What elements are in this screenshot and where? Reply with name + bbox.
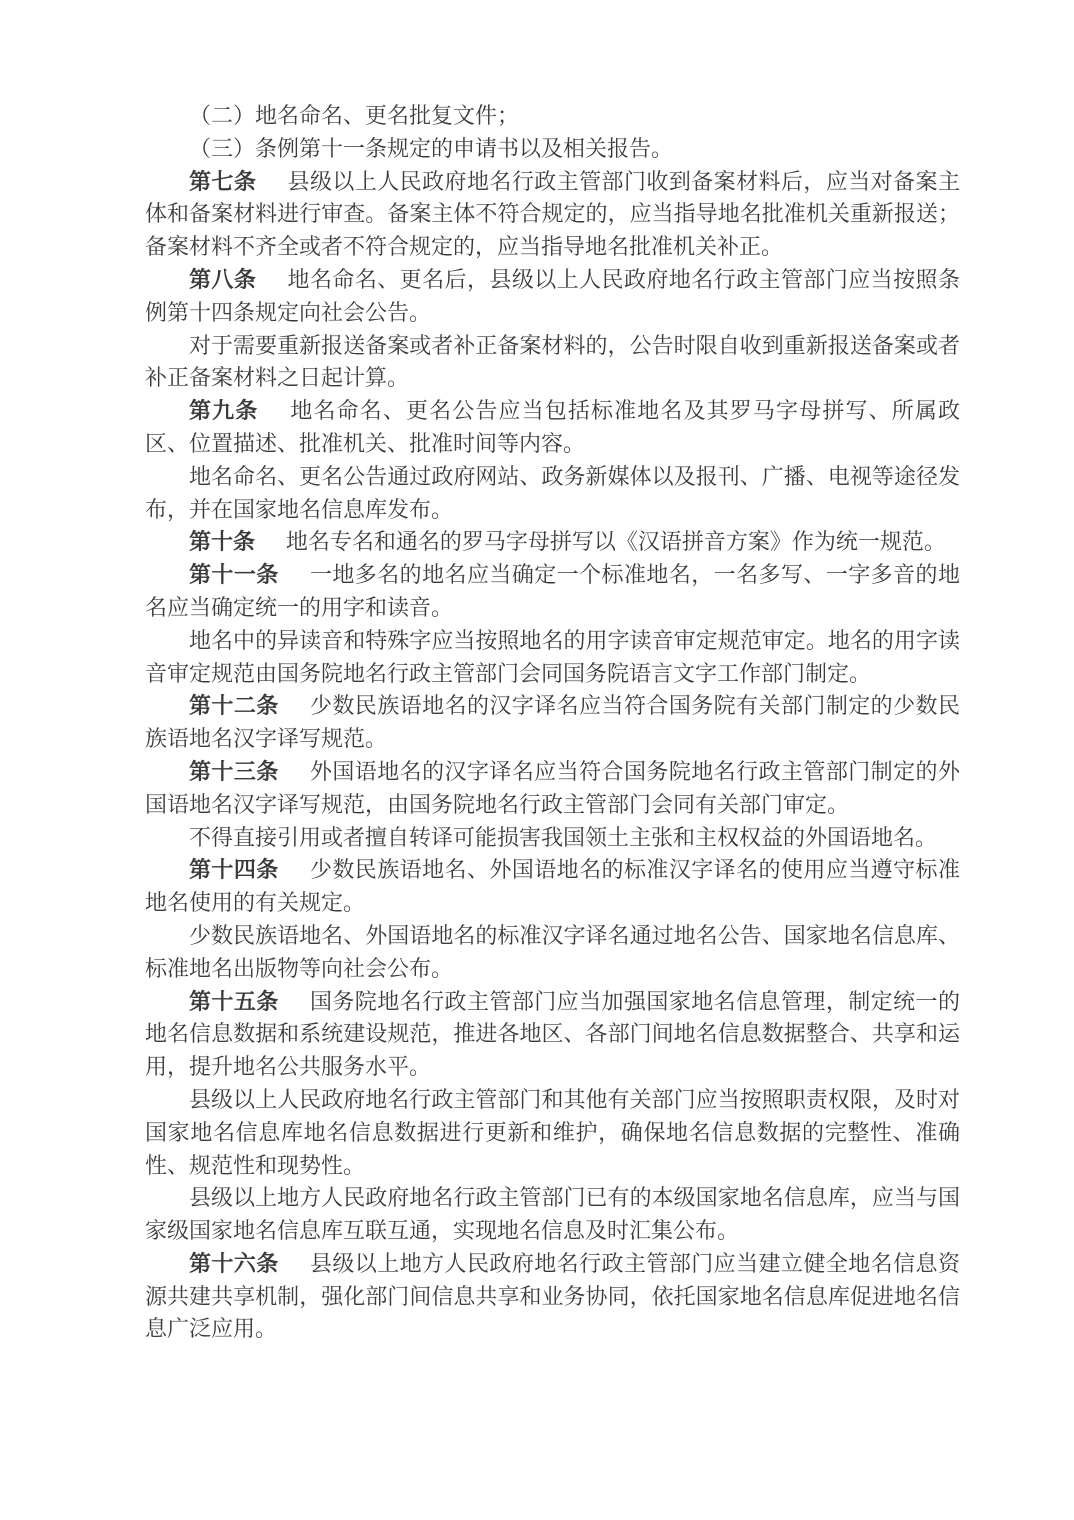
paragraph-text: 县级以上人民政府地名行政主管部门收到备案材料后，应当对备案主体和备案材料进行审查… — [145, 169, 960, 260]
article-number: 第十三条 — [189, 759, 279, 784]
paragraph: 第十三条 外国语地名的汉字译名应当符合国务院地名行政主管部门制定的外国语地名汉字… — [145, 756, 960, 822]
paragraph: 地名中的异读音和特殊字应当按照地名的用字读音审定规范审定。地名的用字读音审定规范… — [145, 625, 960, 691]
paragraph: 不得直接引用或者擅自转译可能损害我国领土主张和主权权益的外国语地名。 — [145, 822, 960, 855]
paragraph: 第十二条 少数民族语地名的汉字译名应当符合国务院有关部门制定的少数民族语地名汉字… — [145, 690, 960, 756]
paragraph: 地名命名、更名公告通过政府网站、政务新媒体以及报刊、广播、电视等途径发布，并在国… — [145, 461, 960, 527]
paragraph: （三）条例第十一条规定的申请书以及相关报告。 — [145, 133, 960, 166]
paragraph: （二）地名命名、更名批复文件； — [145, 100, 960, 133]
document-page: （二）地名命名、更名批复文件；（三）条例第十一条规定的申请书以及相关报告。第七条… — [0, 0, 1074, 1520]
article-number: 第八条 — [189, 267, 256, 292]
article-number: 第十二条 — [189, 693, 279, 718]
paragraph-text: 地名专名和通名的罗马字母拼写以《汉语拼音方案》作为统一规范。 — [286, 529, 946, 554]
article-number: 第七条 — [189, 169, 256, 194]
paragraph: 第九条 地名命名、更名公告应当包括标准地名及其罗马字母拼写、所属政区、位置描述、… — [145, 395, 960, 461]
paragraph: 第八条 地名命名、更名后，县级以上人民政府地名行政主管部门应当按照条例第十四条规… — [145, 264, 960, 330]
paragraph: 第十条 地名专名和通名的罗马字母拼写以《汉语拼音方案》作为统一规范。 — [145, 526, 960, 559]
paragraph-text: 地名中的异读音和特殊字应当按照地名的用字读音审定规范审定。地名的用字读音审定规范… — [145, 628, 960, 686]
paragraph: 第十六条 县级以上地方人民政府地名行政主管部门应当建立健全地名信息资源共建共享机… — [145, 1248, 960, 1346]
article-number: 第十四条 — [189, 857, 279, 882]
paragraph: 第十一条 一地多名的地名应当确定一个标准地名，一名多写、一字多音的地名应当确定统… — [145, 559, 960, 625]
article-number: 第十一条 — [189, 562, 279, 587]
paragraph: 对于需要重新报送备案或者补正备案材料的，公告时限自收到重新报送备案或者补正备案材… — [145, 330, 960, 396]
paragraph-text: 少数民族语地名、外国语地名的标准汉字译名通过地名公告、国家地名信息库、标准地名出… — [145, 923, 960, 981]
paragraph: 少数民族语地名、外国语地名的标准汉字译名通过地名公告、国家地名信息库、标准地名出… — [145, 920, 960, 986]
article-number: 第九条 — [189, 398, 258, 423]
paragraph-text: 地名命名、更名后，县级以上人民政府地名行政主管部门应当按照条例第十四条规定向社会… — [145, 267, 960, 325]
paragraph: 县级以上地方人民政府地名行政主管部门已有的本级国家地名信息库，应当与国家级国家地… — [145, 1182, 960, 1248]
article-number: 第十六条 — [189, 1251, 279, 1276]
article-number: 第十条 — [189, 529, 255, 554]
paragraph: 县级以上人民政府地名行政主管部门和其他有关部门应当按照职责权限，及时对国家地名信… — [145, 1084, 960, 1182]
paragraph-text: （三）条例第十一条规定的申请书以及相关报告。 — [189, 136, 673, 161]
paragraph-text: 县级以上人民政府地名行政主管部门和其他有关部门应当按照职责权限，及时对国家地名信… — [145, 1087, 960, 1178]
paragraph-text: 地名命名、更名公告应当包括标准地名及其罗马字母拼写、所属政区、位置描述、批准机关… — [145, 398, 960, 456]
paragraph: 第十四条 少数民族语地名、外国语地名的标准汉字译名的使用应当遵守标准地名使用的有… — [145, 854, 960, 920]
paragraph-text: 地名命名、更名公告通过政府网站、政务新媒体以及报刊、广播、电视等途径发布，并在国… — [145, 464, 960, 522]
paragraph-text: 对于需要重新报送备案或者补正备案材料的，公告时限自收到重新报送备案或者补正备案材… — [145, 333, 960, 391]
article-number: 第十五条 — [189, 989, 279, 1014]
paragraph-text: 不得直接引用或者擅自转译可能损害我国领土主张和主权权益的外国语地名。 — [189, 825, 937, 850]
paragraph-text: 县级以上地方人民政府地名行政主管部门已有的本级国家地名信息库，应当与国家级国家地… — [145, 1185, 960, 1243]
paragraph: 第十五条 国务院地名行政主管部门应当加强国家地名信息管理，制定统一的地名信息数据… — [145, 986, 960, 1084]
paragraph: 第七条 县级以上人民政府地名行政主管部门收到备案材料后，应当对备案主体和备案材料… — [145, 166, 960, 264]
document-body: （二）地名命名、更名批复文件；（三）条例第十一条规定的申请书以及相关报告。第七条… — [145, 100, 960, 1346]
paragraph-text: （二）地名命名、更名批复文件； — [189, 103, 519, 128]
